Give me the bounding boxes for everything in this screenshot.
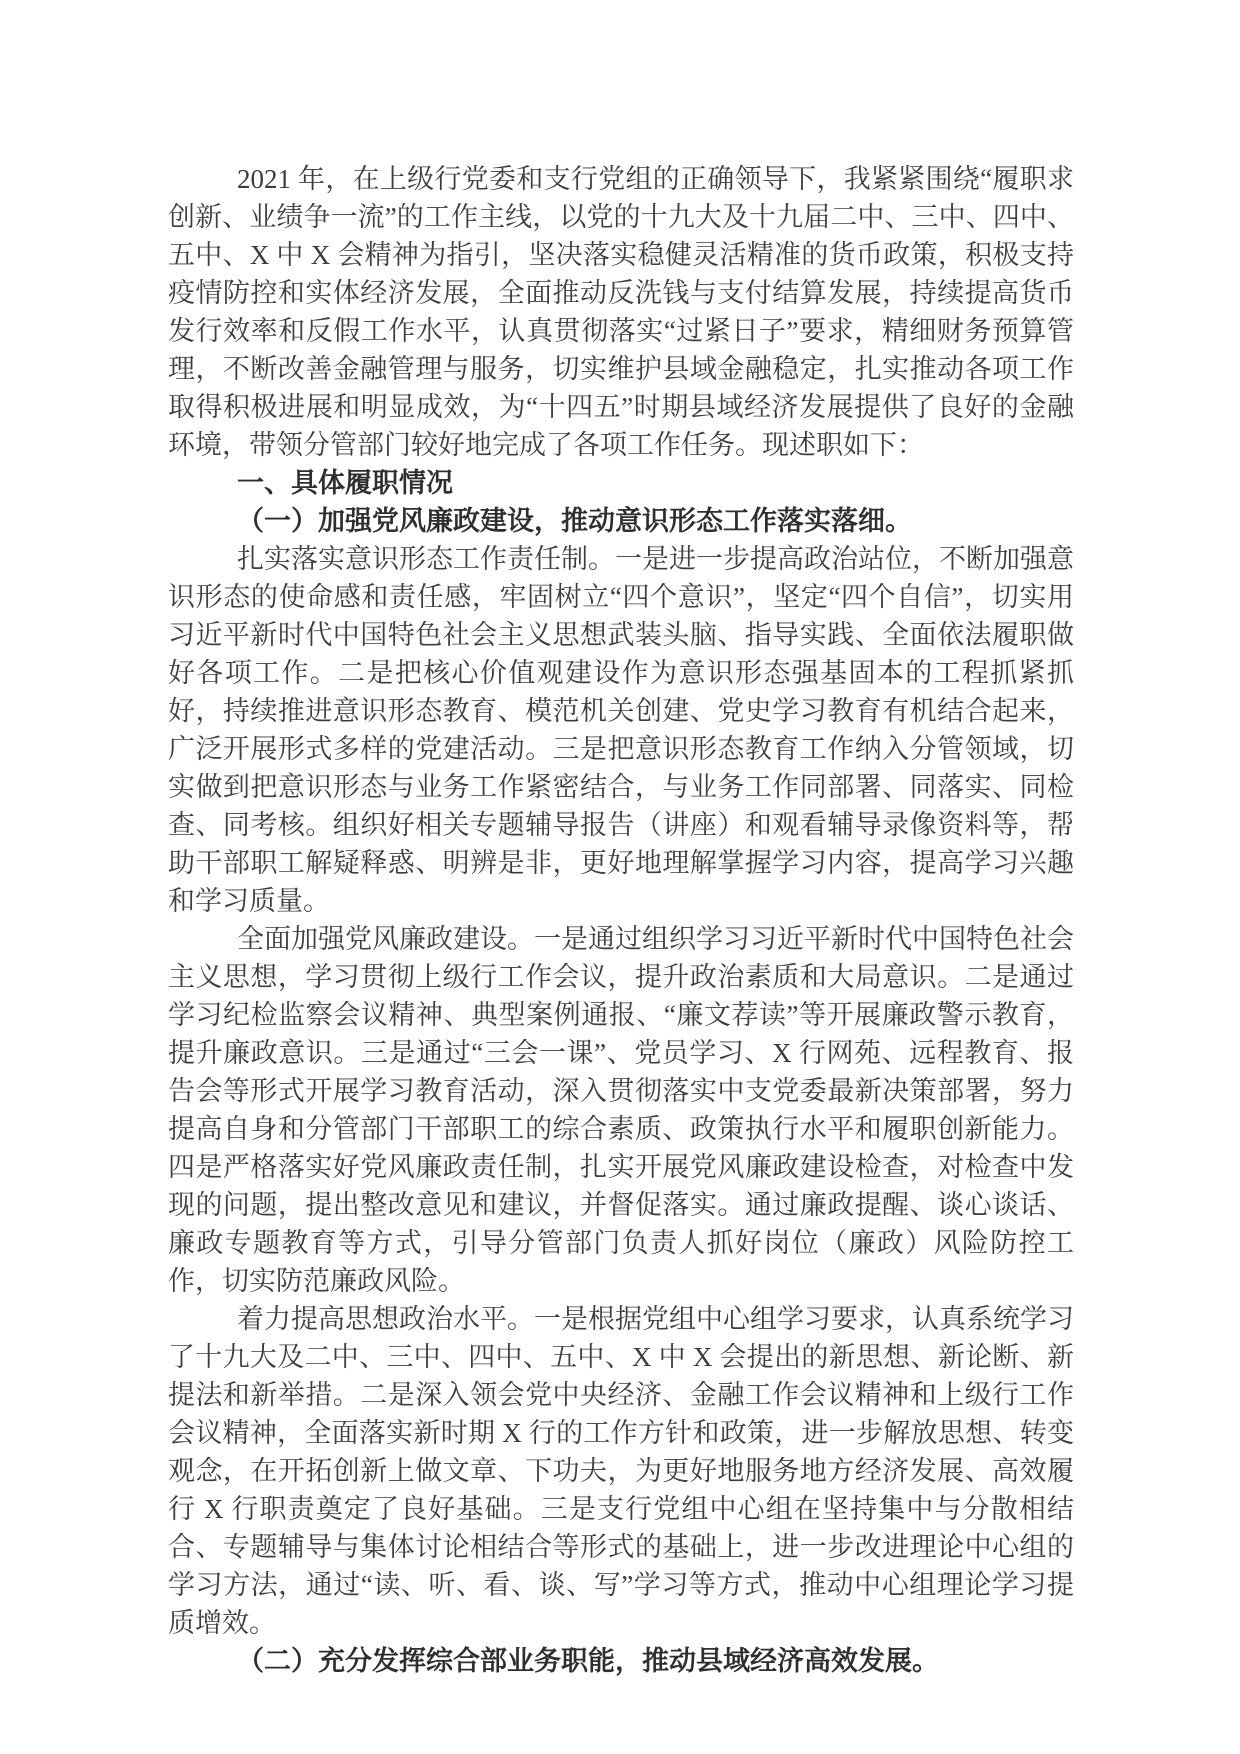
paragraph-clean-governance: 全面加强党风廉政建设。一是通过组织学习习近平新时代中国特色社会主义思想，学习贯彻… — [168, 920, 1074, 1300]
document-page: 2021 年，在上级行党委和支行党组的正确领导下，我紧紧围绕“履职求创新、业绩争… — [0, 0, 1240, 1754]
paragraph-ideology-responsibility: 扎实落实意识形态工作责任制。一是进一步提高政治站位，不断加强意识形态的使命感和责… — [168, 540, 1074, 920]
paragraph-political-theory: 着力提高思想政治水平。一是根据党组中心组学习要求，认真系统学习了十九大及二中、三… — [168, 1300, 1074, 1642]
section-heading-performance: 一、具体履职情况 — [168, 464, 1074, 502]
intro-paragraph: 2021 年，在上级行党委和支行党组的正确领导下，我紧紧围绕“履职求创新、业绩争… — [168, 160, 1074, 464]
subsection-heading-party-conduct: （一）加强党风廉政建设，推动意识形态工作落实落细。 — [168, 502, 1074, 540]
subsection-heading-county-economy: （二）充分发挥综合部业务职能，推动县域经济高效发展。 — [168, 1642, 1074, 1680]
